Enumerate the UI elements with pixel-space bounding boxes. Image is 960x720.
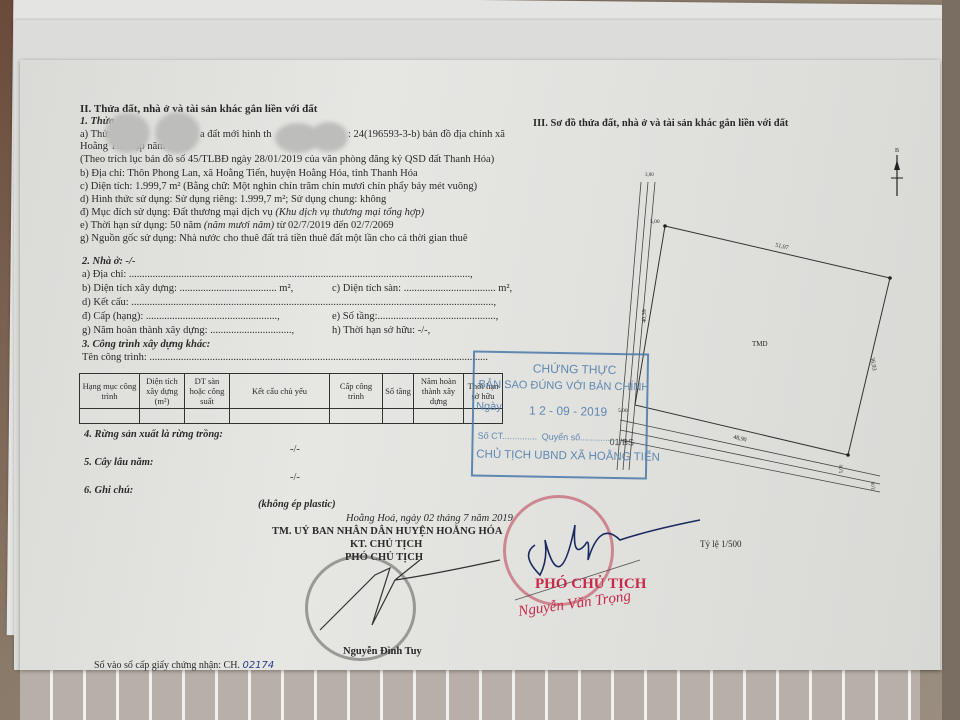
signature-blue [0, 0, 960, 720]
